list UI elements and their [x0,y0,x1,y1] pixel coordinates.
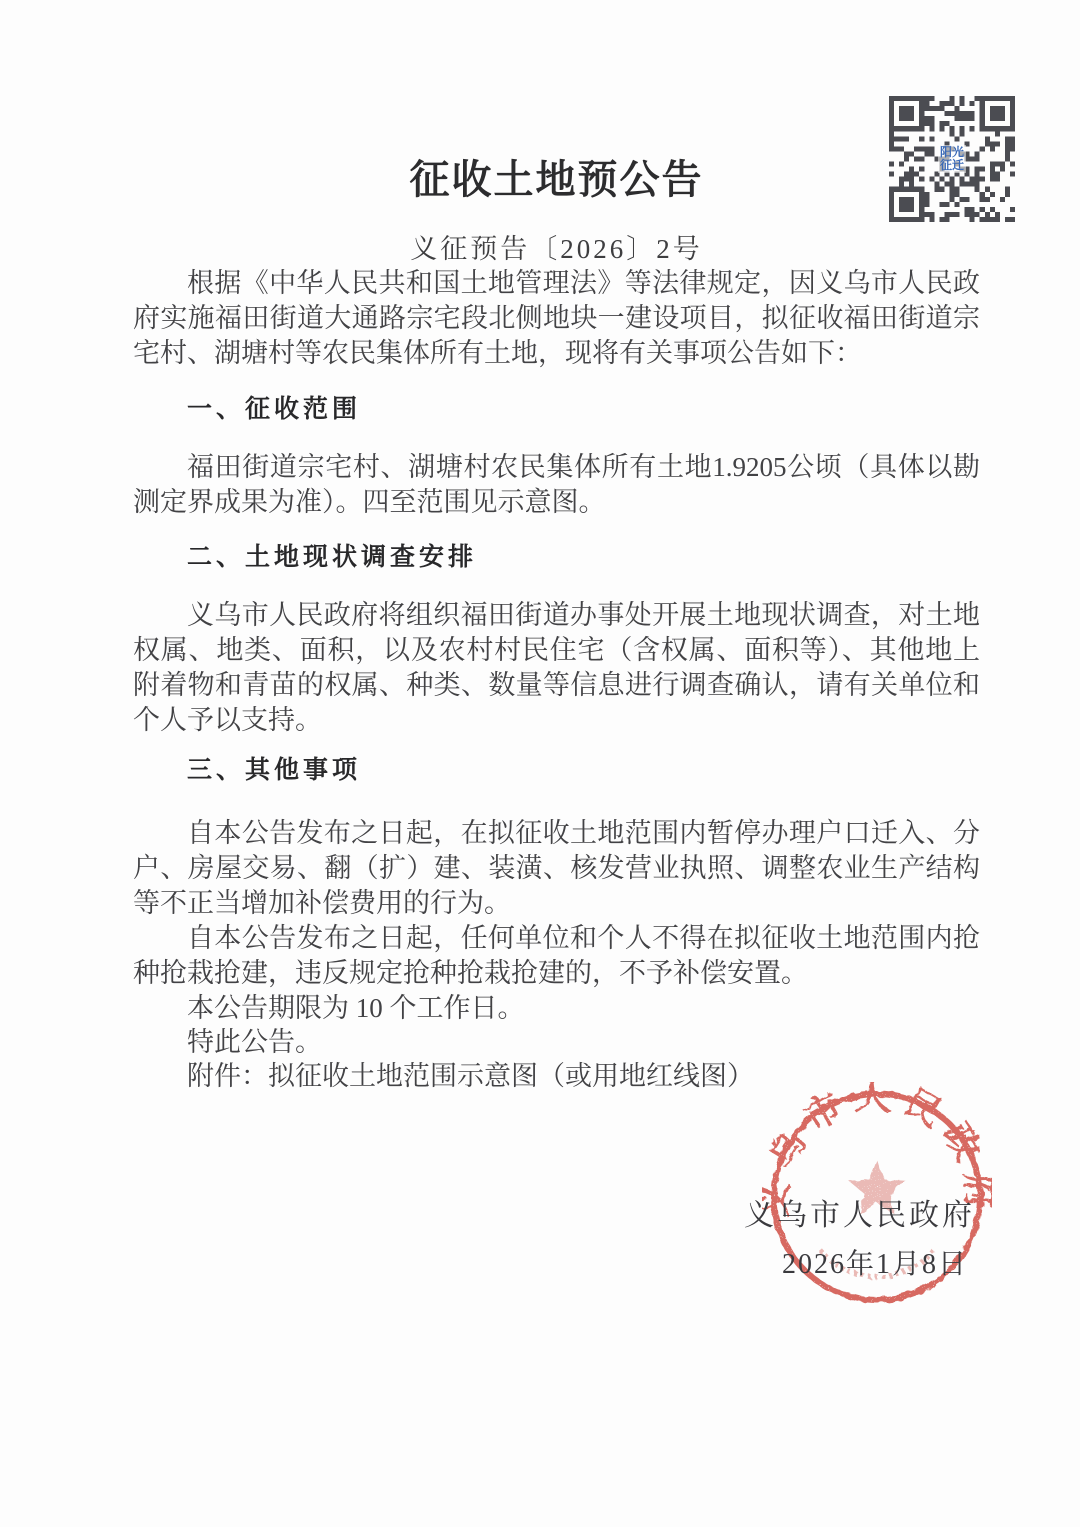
section-2-paragraph: 义乌市人民政府将组织福田街道办事处开展土地现状调查，对土地权属、地类、面积，以及… [133,598,980,738]
document-number: 义征预告〔2026〕2号 [133,232,980,266]
notice-period-line: 本公告期限为 10 个工作日。 [133,991,980,1025]
document-content: 征收土地预公告 义征预告〔2026〕2号 根据《中华人民共和国土地管理法》等法律… [133,0,980,1093]
section-3-paragraph-2: 自本公告发布之日起，任何单位和个人不得在拟征收土地范围内抢种抢栽抢建，违反规定抢… [133,921,980,991]
section-3-paragraph-1: 自本公告发布之日起，在拟征收土地范围内暂停办理户口迁入、分户、房屋交易、翻（扩）… [133,816,980,921]
section-1-paragraph: 福田街道宗宅村、湖塘村农民集体所有土地1.9205公顷（具体以勘测定界成果为准）… [133,450,980,520]
section-2-heading: 二、土地现状调查安排 [133,542,980,573]
section-1-heading: 一、征收范围 [133,394,980,425]
issuer-signature: 义乌市人民政府 [744,1190,975,1234]
section-3-heading: 三、其他事项 [133,755,980,786]
announcement-page: 阳光 征迁 征收土地预公告 义征预告〔2026〕2号 根据《中华人民共和国土地管… [0,0,1080,1527]
page-title: 征收土地预公告 [133,156,980,204]
hereby-announced-line: 特此公告。 [133,1025,980,1059]
signature-date: 2026年1月8日 [782,1242,968,1282]
intro-paragraph: 根据《中华人民共和国土地管理法》等法律规定，因义乌市人民政府实施福田街道大通路宗… [133,266,980,371]
